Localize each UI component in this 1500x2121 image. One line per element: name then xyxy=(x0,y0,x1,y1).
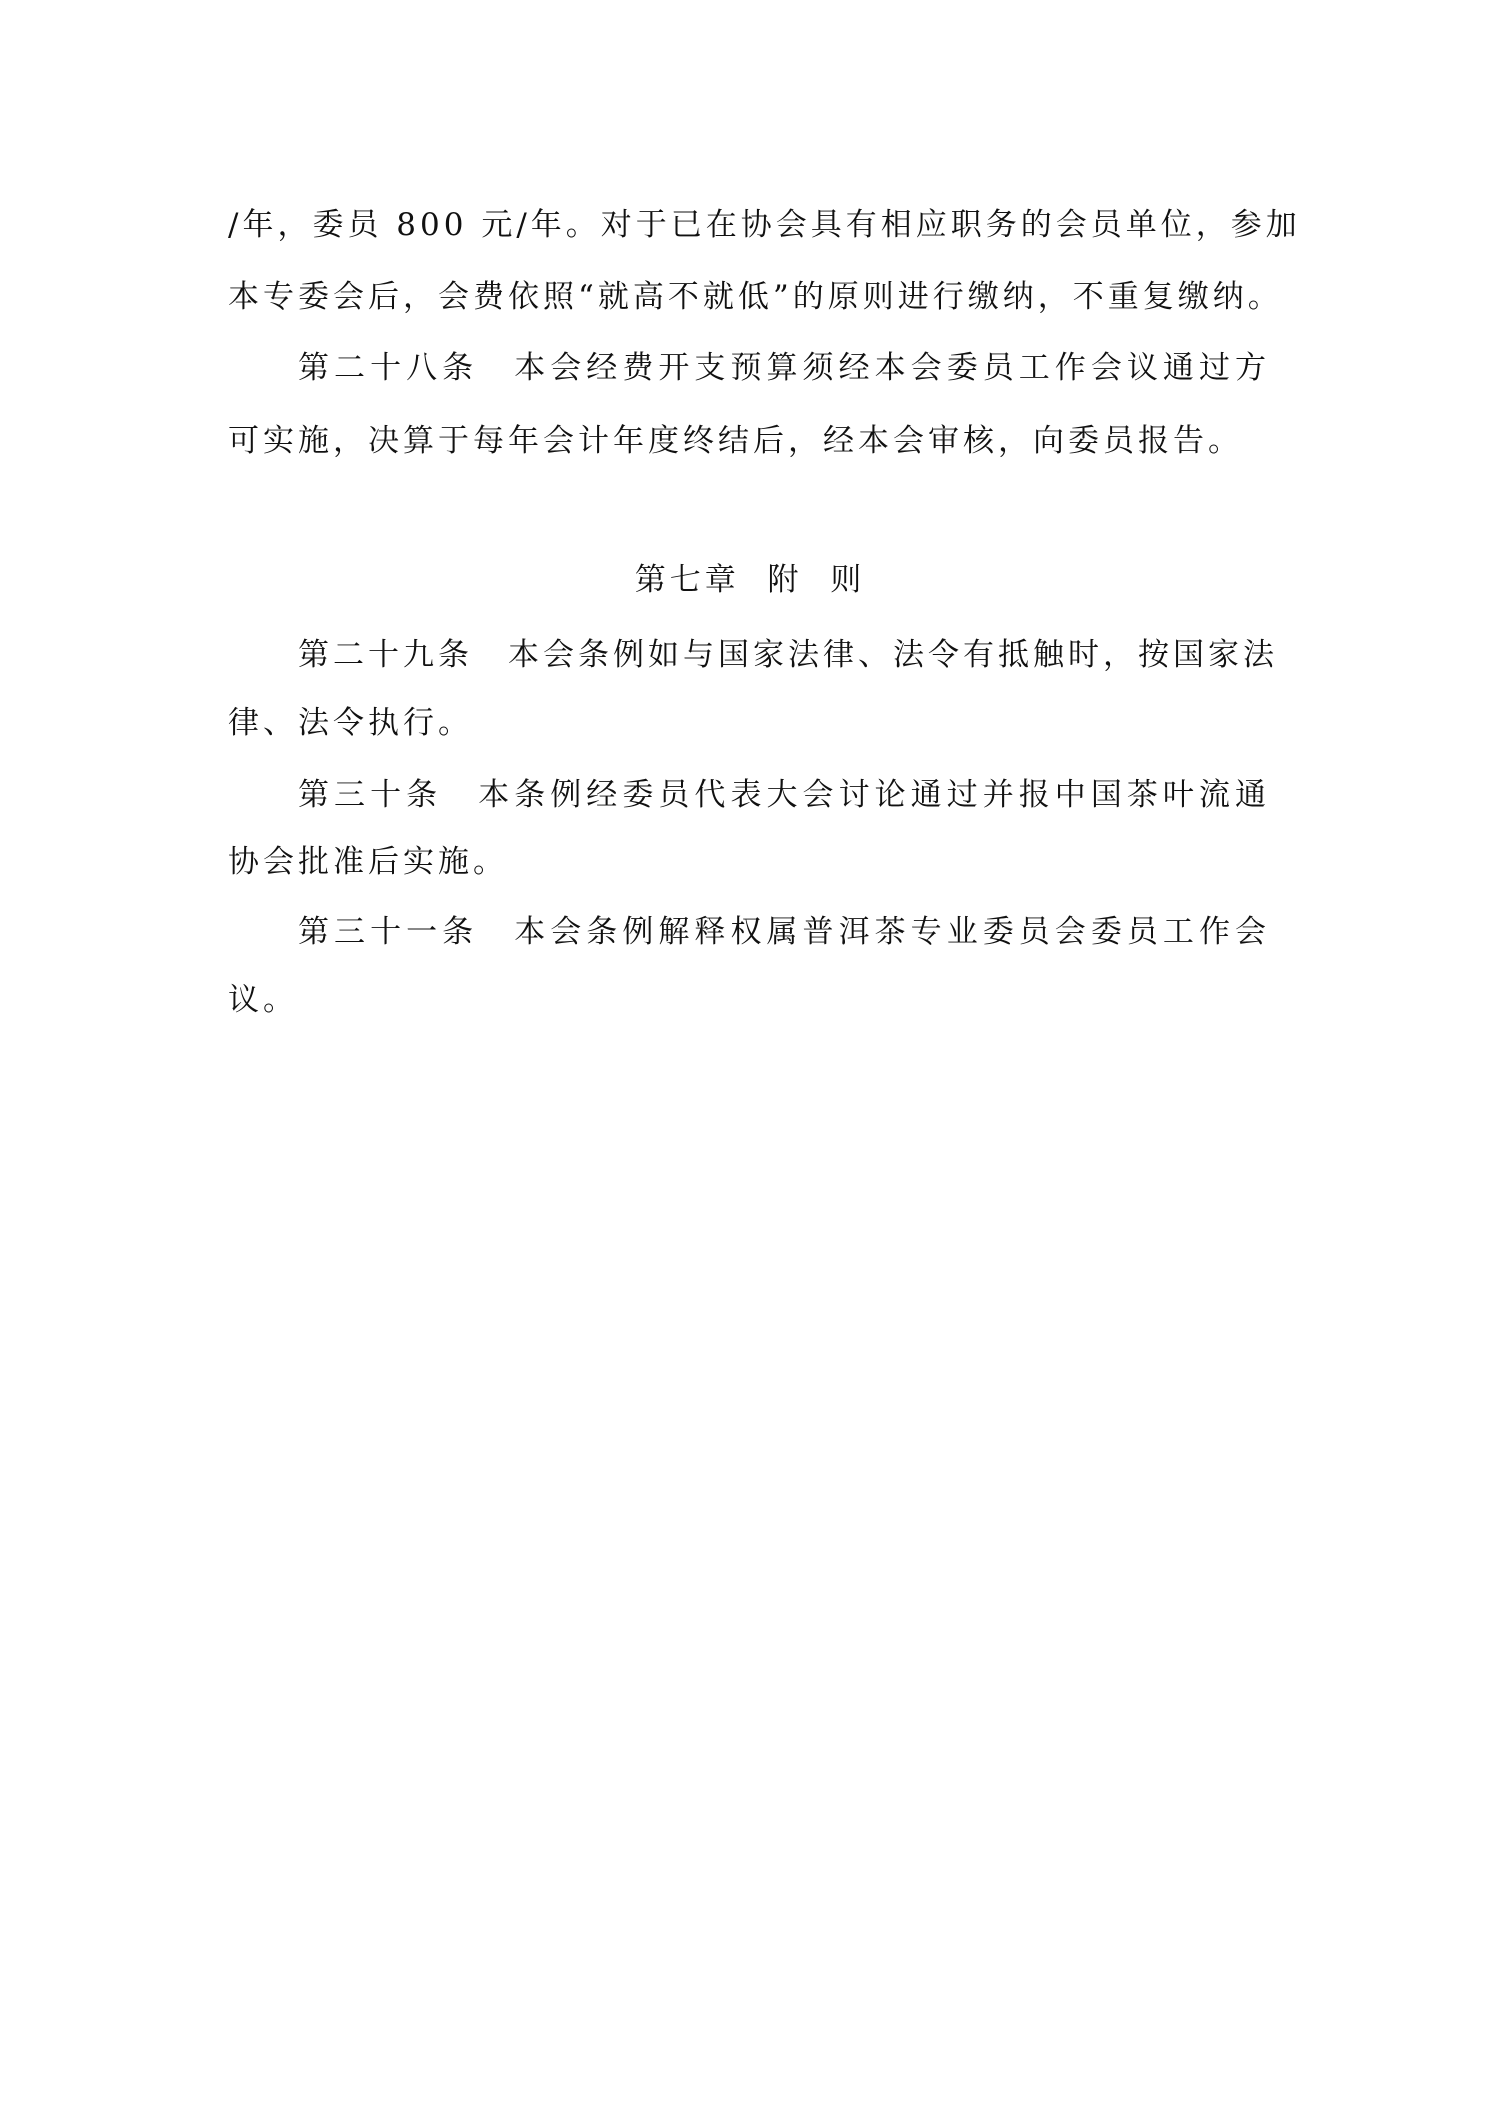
article-28-line: 第二十八条 本会经费开支预算须经本会委员工作会议通过方 xyxy=(298,346,1270,390)
paragraph-line: /年，委员 800 元/年。对于已在协会具有相应职务的会员单位，参加 xyxy=(228,203,1270,247)
article-30-line: 第三十条 本条例经委员代表大会讨论通过并报中国茶叶流通 xyxy=(298,773,1270,817)
article-30-line: 协会批准后实施。 xyxy=(228,840,1288,884)
article-29-line: 律、法令执行。 xyxy=(228,701,1288,745)
article-31-line: 第三十一条 本会条例解释权属普洱茶专业委员会委员工作会 xyxy=(298,910,1270,954)
chapter-heading: 第七章 附 则 xyxy=(0,558,1500,602)
paragraph-line: 本专委会后，会费依照“就高不就低”的原则进行缴纳，不重复缴纳。 xyxy=(228,275,1270,319)
document-page: /年，委员 800 元/年。对于已在协会具有相应职务的会员单位，参加 本专委会后… xyxy=(0,0,1500,2121)
article-28-line: 可实施，决算于每年会计年度终结后，经本会审核，向委员报告。 xyxy=(228,419,1288,463)
article-31-line: 议。 xyxy=(228,978,1288,1022)
article-29-line: 第二十九条 本会条例如与国家法律、法令有抵触时，按国家法 xyxy=(298,633,1270,677)
